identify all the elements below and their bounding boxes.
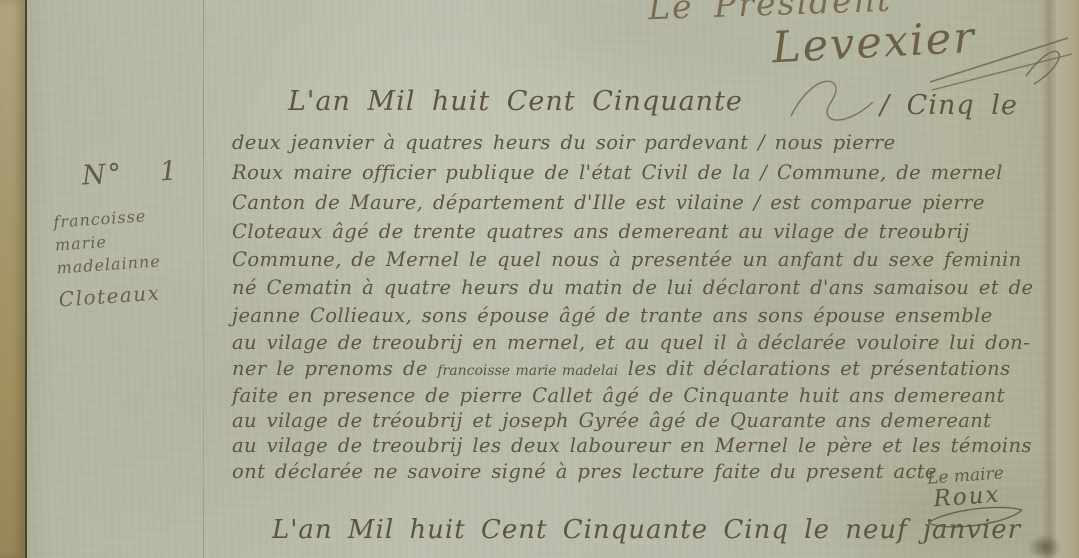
pen-flourish-icon bbox=[787, 72, 877, 128]
act-body-line: Commune, de Mernel le quel nous à presen… bbox=[232, 247, 1072, 273]
act-body-line: jeanne Collieaux, sons épouse âgé de tra… bbox=[232, 303, 1072, 329]
clerk-signature-block: Le maire Roux bbox=[927, 463, 1007, 512]
opening-left: L'an Mil huit Cent Cinquante bbox=[288, 86, 743, 117]
act-opening-line: L'an Mil huit Cent Cinquante / Cinq le bbox=[232, 86, 1045, 128]
act-body-line: né Cematin à quatre heurs du matin de lu… bbox=[232, 275, 1072, 301]
act-body-line: Roux maire officier publique de l'état C… bbox=[232, 160, 1072, 186]
signature-flourish-icon bbox=[930, 24, 1079, 94]
act-body-line: Cloteaux âgé de trente quatres ans demer… bbox=[232, 219, 1072, 245]
opening-right: / Cinq le bbox=[880, 90, 1018, 121]
act-body-line: au vilage de treoubrij en mernel, et au … bbox=[232, 330, 1072, 356]
line-segment: les dit déclarations et présentations bbox=[618, 357, 1010, 380]
margin-crease-line bbox=[203, 0, 204, 558]
line-segment: ner le prenoms de bbox=[232, 357, 437, 380]
act-body-line: au vilage de tréoubrij et joseph Gyrée â… bbox=[232, 408, 1072, 434]
next-act-opening-line: L'an Mil huit Cent Cinquante Cinq le neu… bbox=[272, 515, 1021, 545]
act-number: N° 1 bbox=[81, 155, 179, 191]
act-body-line: faite en presence de pierre Callet âgé d… bbox=[232, 383, 1072, 409]
act-body-line: au vilage de treoubrij les deux laboureu… bbox=[232, 433, 1072, 459]
act-body-line: Canton de Maure, département d'Ille est … bbox=[232, 190, 1072, 216]
act-body-line: deux jeanvier à quatres heurs du soir pa… bbox=[232, 130, 1072, 156]
ink-stain bbox=[1028, 534, 1062, 558]
margin-surname: Cloteaux bbox=[58, 281, 164, 311]
margin-child-name: francoisse marie madelainne Cloteaux bbox=[53, 203, 164, 311]
binding-edge bbox=[0, 0, 27, 558]
inserted-small-text: francoisse marie madelai bbox=[437, 363, 618, 379]
register-scan-page: Le Président Levexier N° 1 francoisse ma… bbox=[0, 0, 1079, 558]
act-body-line-with-insertion: ner le prenoms de francoisse marie madel… bbox=[232, 356, 1072, 384]
